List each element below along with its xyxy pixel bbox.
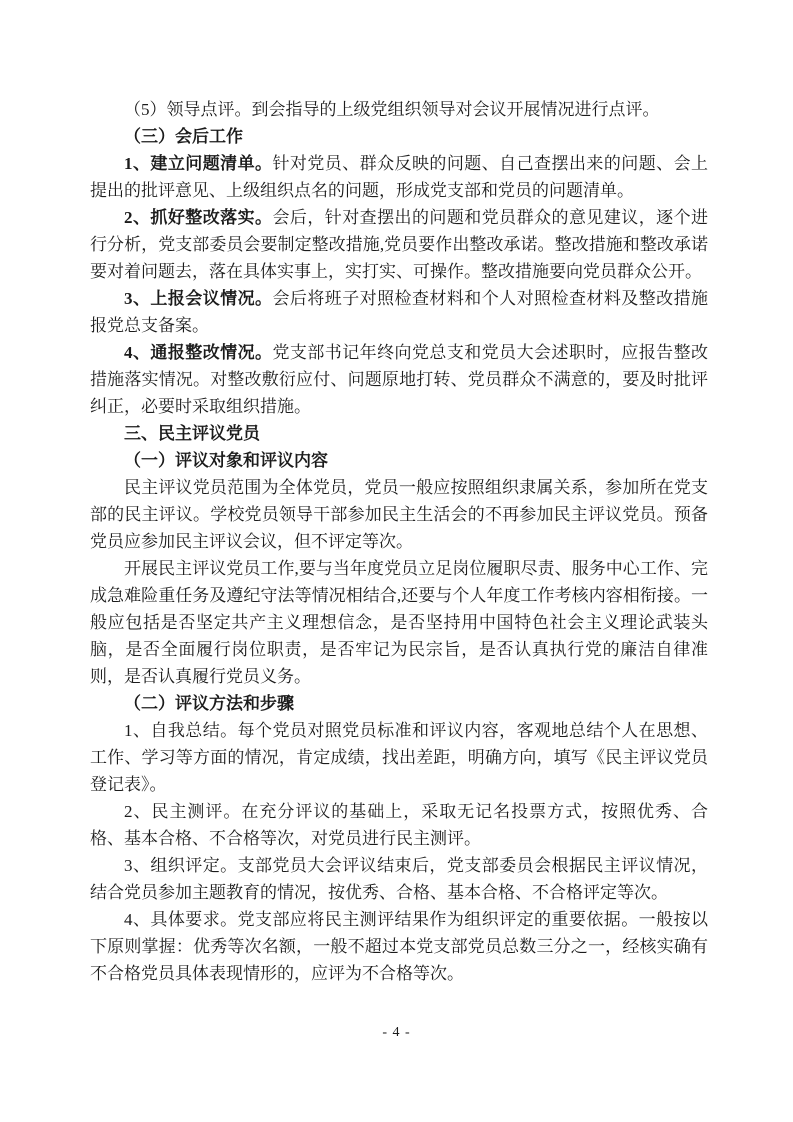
paragraph: 2、民主测评。在充分评议的基础上，采取无记名投票方式，按照优秀、合格、基本合格、…	[90, 798, 708, 852]
paragraph-lead: 1、建立问题清单。	[124, 154, 272, 173]
paragraph: 4、具体要求。党支部应将民主测评结果作为组织评定的重要依据。一般按以下原则掌握：…	[90, 906, 708, 987]
paragraph: 3、组织评定。支部党员大会评议结束后，党支部委员会根据民主评议情况，结合党员参加…	[90, 852, 708, 906]
section-heading: 三、民主评议党员	[90, 420, 708, 447]
paragraph-lead: 4、通报整改情况。	[124, 343, 272, 362]
document-body: （5）领导点评。到会指导的上级党组织领导对会议开展情况进行点评。（三）会后工作1…	[90, 96, 708, 987]
section-heading: （三）会后工作	[90, 123, 708, 150]
paragraph: 1、自我总结。每个党员对照党员标准和评议内容，客观地总结个人在思想、工作、学习等…	[90, 717, 708, 798]
paragraph: 1、建立问题清单。针对党员、群众反映的问题、自己查摆出来的问题、会上提出的批评意…	[90, 150, 708, 204]
paragraph: 3、上报会议情况。会后将班子对照检查材料和个人对照检查材料及整改措施报党总支备案…	[90, 285, 708, 339]
paragraph: （5）领导点评。到会指导的上级党组织领导对会议开展情况进行点评。	[90, 96, 708, 123]
paragraph: 开展民主评议党员工作,要与当年度党员立足岗位履职尽责、服务中心工作、完成急难险重…	[90, 555, 708, 690]
paragraph: 4、通报整改情况。党支部书记年终向党总支和党员大会述职时，应报告整改措施落实情况…	[90, 339, 708, 420]
section-heading: （二）评议方法和步骤	[90, 690, 708, 717]
page-number: - 4 -	[0, 1022, 793, 1044]
paragraph: 2、抓好整改落实。会后，针对查摆出的问题和党员群众的意见建议，逐个进行分析，党支…	[90, 204, 708, 285]
paragraph-lead: 3、上报会议情况。	[124, 289, 272, 308]
document-page: （5）领导点评。到会指导的上级党组织领导对会议开展情况进行点评。（三）会后工作1…	[0, 0, 793, 1122]
paragraph: 民主评议党员范围为全体党员，党员一般应按照组织隶属关系，参加所在党支部的民主评议…	[90, 474, 708, 555]
section-heading: （一）评议对象和评议内容	[90, 447, 708, 474]
paragraph-lead: 2、抓好整改落实。	[124, 208, 272, 227]
